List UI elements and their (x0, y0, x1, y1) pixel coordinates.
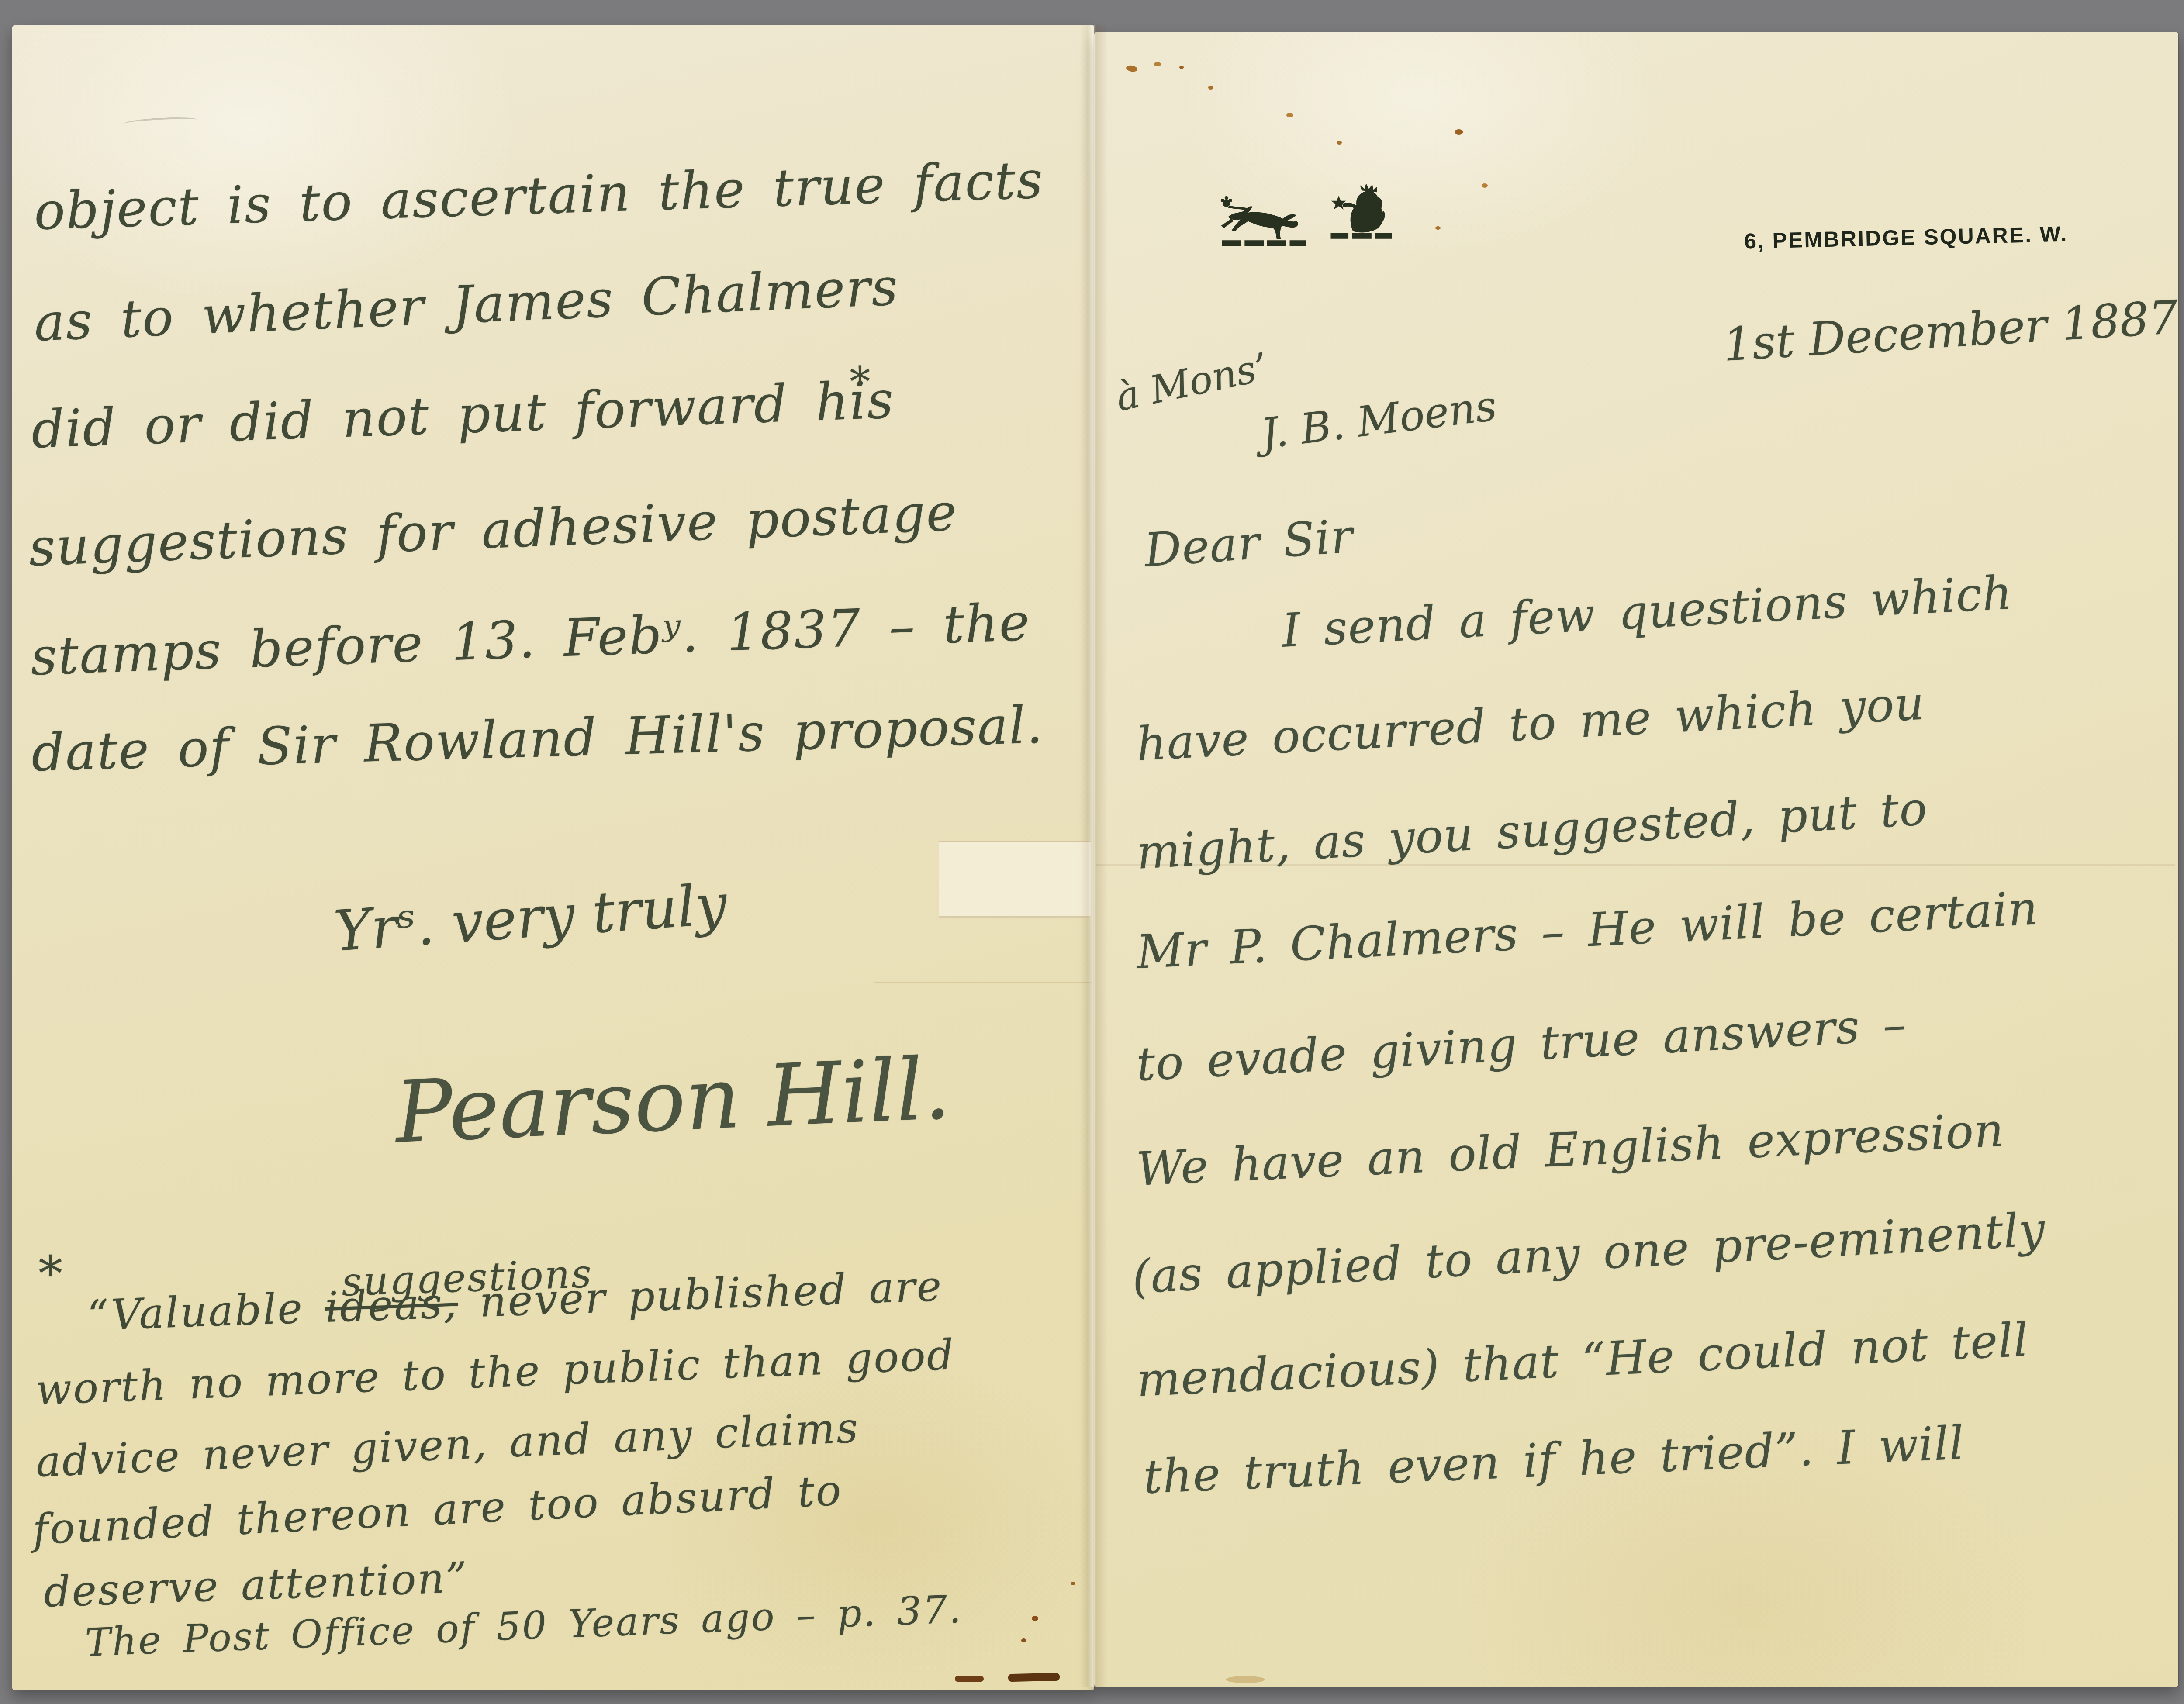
footnote-opening: “Valuable (86, 1284, 304, 1340)
rust-stain (1482, 183, 1488, 188)
rust-stain (1208, 86, 1213, 90)
footnote-struck-word: ideas, (324, 1278, 459, 1332)
rust-stain (1032, 1616, 1038, 1621)
signature: Pearson Hill. (394, 1046, 952, 1155)
footnote-asterisk-mark: * (850, 362, 871, 403)
horizontal-crease-left-page (874, 982, 1092, 983)
footnote-asterisk-mark: * (38, 1250, 64, 1298)
rust-stain (1008, 1673, 1060, 1682)
rust-stain (1071, 1582, 1075, 1585)
salutation: Dear Sir (1143, 513, 1355, 574)
demi-lion-crest-icon (1327, 183, 1396, 245)
rust-stain (1455, 129, 1463, 135)
rust-stain (1286, 113, 1293, 117)
greyhound-crest-icon (1218, 194, 1310, 248)
rust-stain (1021, 1638, 1026, 1642)
rust-stain (1154, 62, 1161, 66)
fold-tab-crease (939, 841, 1091, 918)
rust-stain (1226, 1676, 1265, 1683)
letter-scan: object is to ascertain the true facts as… (0, 0, 2184, 1704)
rust-stain (1337, 141, 1342, 145)
rust-stain (1435, 226, 1441, 230)
rust-stain (955, 1676, 984, 1682)
pencil-smudge (124, 116, 198, 128)
rust-stain (1179, 66, 1184, 69)
